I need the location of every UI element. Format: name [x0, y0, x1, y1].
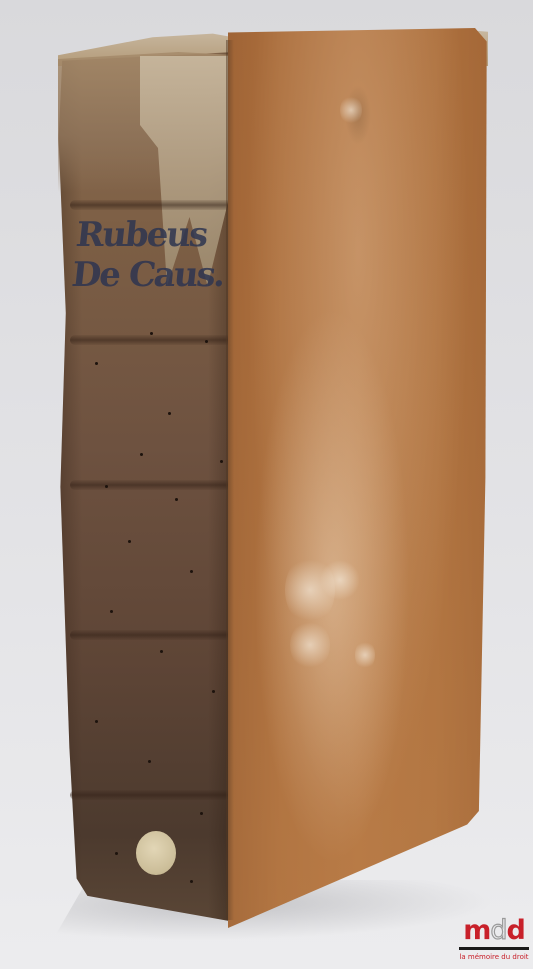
wormhole — [175, 498, 178, 501]
cover-hinge-shadow — [226, 40, 234, 920]
vellum-front-cover — [228, 28, 488, 928]
wormhole — [160, 650, 163, 653]
brand-mark: mdd — [455, 917, 533, 945]
spine-title-line: De Caus. — [70, 255, 234, 295]
spine-raised-band — [70, 480, 232, 490]
wormhole — [220, 460, 223, 463]
spine-raised-band — [70, 790, 232, 800]
brand-underline — [459, 947, 529, 950]
wormhole — [95, 362, 98, 365]
wormhole — [148, 760, 151, 763]
brand-logo: mdd la mémoire du droit — [455, 917, 533, 961]
product-photo: Rubeus De Caus. — [0, 0, 533, 969]
spine-shelf-label — [136, 831, 176, 875]
cover-worn-spot — [355, 640, 375, 670]
spine-raised-band — [70, 630, 232, 640]
spine-title-line: Rubeus — [74, 215, 238, 255]
wormhole — [150, 332, 153, 335]
wormhole — [128, 540, 131, 543]
spine-title: Rubeus De Caus. — [70, 215, 238, 295]
spine-raised-band — [70, 200, 232, 210]
brand-tagline: la mémoire du droit — [455, 953, 533, 961]
wormhole — [190, 880, 193, 883]
wormhole — [205, 340, 208, 343]
wormhole — [140, 453, 143, 456]
cover-worn-spot — [290, 620, 330, 670]
wormhole — [212, 690, 215, 693]
wormhole — [105, 485, 108, 488]
wormhole — [200, 812, 203, 815]
cover-worn-spot — [320, 560, 360, 600]
wormhole — [190, 570, 193, 573]
wormhole — [115, 852, 118, 855]
wormhole — [95, 720, 98, 723]
wormhole — [110, 610, 113, 613]
cover-worn-spot — [340, 95, 362, 125]
wormhole — [168, 412, 171, 415]
